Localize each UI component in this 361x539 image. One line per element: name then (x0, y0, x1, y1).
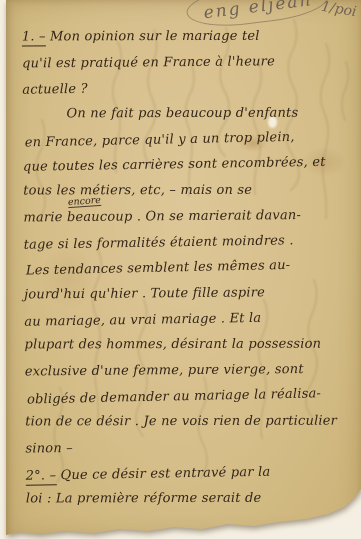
letter-line-text: qu'il est pratiqué en France à l'heure (22, 54, 275, 71)
numbered-point-prefix: 1. – (22, 29, 46, 46)
letter-page: eng eljean1/poi 1. – Mon opinion sur le … (6, 0, 361, 539)
letter-line-text: exclusive d'une femme, pure vierge, sont (25, 362, 304, 379)
letter-line: 1. – Mon opinion sur le mariage tel (22, 24, 355, 51)
letter-line: 2°. – Que ce désir est entravé par la (25, 458, 358, 489)
photo-background: eng eljean1/poi 1. – Mon opinion sur le … (0, 0, 361, 539)
letter-line-text: actuelle ? (22, 82, 88, 98)
letter-line: On ne fait pas beaucoup d'enfants (23, 101, 356, 128)
letter-line-text: en France, parce qu'il y a un trop plein… (25, 130, 295, 151)
letter-line: que toutes les carrières sont encombrées… (23, 150, 356, 181)
letter-line: jourd'hui qu'hier . Toute fille aspire (24, 279, 357, 308)
numbered-point-prefix: 2°. – (26, 468, 57, 486)
letter-line: loi : La première réforme serait de (26, 486, 359, 513)
letter-line: sinon – (25, 434, 358, 463)
letter-line-text: marie beaucoup . On se marierait davan- (23, 208, 301, 225)
letter-line-text: On ne fait pas beaucoup d'enfants (67, 106, 299, 122)
letter-line-text: loi : La première réforme serait de (26, 491, 262, 507)
letter-line-text: tage si les formalités étaient moindres … (24, 233, 294, 252)
letter-line-text: tous les métiers, etc, – mais on se (23, 183, 252, 199)
letter-line-text: plupart des hommes, désirant la possessi… (25, 337, 322, 353)
letter-line-text: tion de ce désir . Je ne vois rien de pa… (25, 414, 337, 430)
letter-line-text: sinon – (25, 441, 73, 456)
letter-line: au mariage, au vrai mariage . Et la (24, 304, 357, 335)
letter-body: 1. – Mon opinion sur le mariage tel qu'i… (22, 23, 359, 539)
letter-line-text: obligés de demander au mariage la réalis… (27, 386, 321, 407)
letter-line-text: que toutes les carrières sont encombrées… (23, 155, 326, 175)
letter-page-wrap: eng eljean1/poi 1. – Mon opinion sur le … (6, 0, 361, 539)
letter-line-text: au mariage, au vrai mariage . Et la (24, 310, 261, 329)
letter-line-text: Que ce désir est entravé par la (56, 464, 270, 483)
letter-line-text: jourd'hui qu'hier . Toute fille aspire (24, 285, 265, 302)
letter-line: plupart des hommes, désirant la possessi… (25, 332, 358, 359)
letter-line-text: Mon opinion sur le mariage tel (46, 29, 260, 45)
letter-line: actuelle ? (22, 73, 355, 104)
letter-line: tion de ce désir . Je ne vois rien de pa… (25, 409, 358, 436)
letter-line-text: Les tendances semblent les mêmes au- (26, 258, 291, 279)
